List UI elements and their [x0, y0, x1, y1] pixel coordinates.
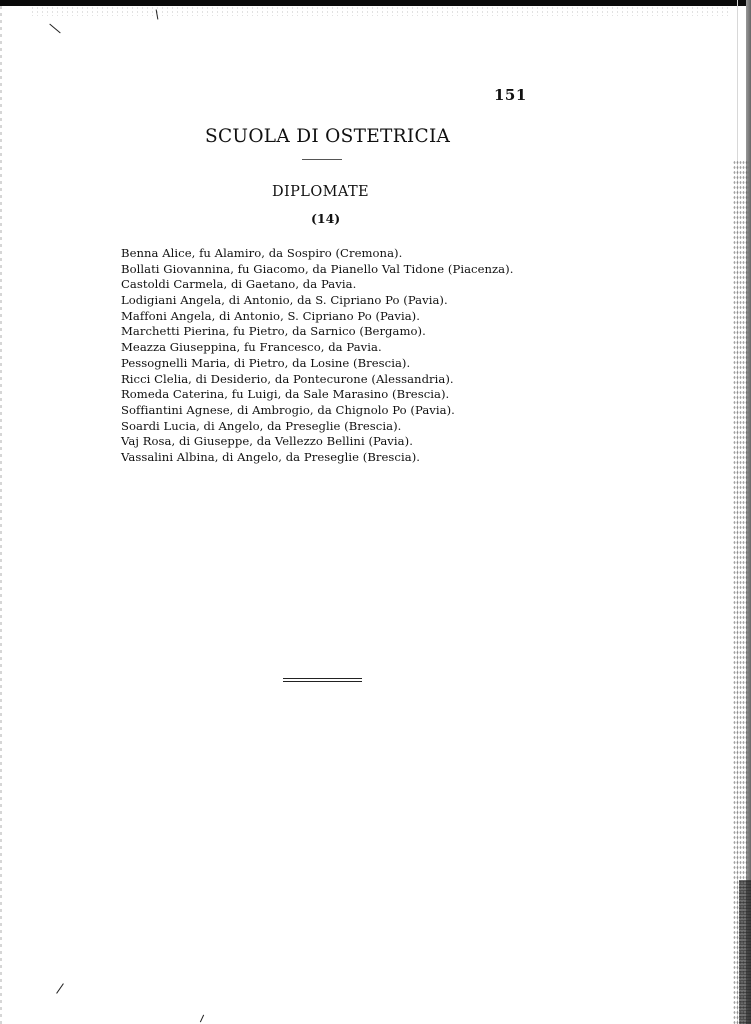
- scan-stray-mark: [56, 983, 64, 993]
- list-item: Romeda Caterina, fu Luigi, da Sale Maras…: [121, 387, 513, 403]
- page-number: 151: [494, 86, 527, 104]
- list-item: Vaj Rosa, di Giuseppe, da Vellezzo Belli…: [121, 434, 513, 450]
- list-item: Lodigiani Angela, di Antonio, da S. Cipr…: [121, 293, 513, 309]
- list-item: Meazza Giuseppina, fu Francesco, da Pavi…: [121, 340, 513, 356]
- scan-noise-top: [30, 6, 730, 16]
- page-title: SCUOLA DI OSTETRICIA: [205, 126, 450, 147]
- section-heading: DIPLOMATE: [272, 184, 369, 200]
- graduate-count: (14): [311, 211, 340, 226]
- scan-stray-mark: [200, 1015, 204, 1023]
- list-item: Soffiantini Agnese, di Ambrogio, da Chig…: [121, 403, 513, 419]
- list-item: Ricci Clelia, di Desiderio, da Pontecuro…: [121, 372, 513, 388]
- title-divider: [302, 159, 342, 160]
- list-item: Marchetti Pierina, fu Pietro, da Sarnico…: [121, 324, 513, 340]
- scan-stray-mark: [49, 24, 60, 34]
- list-item: Benna Alice, fu Alamiro, da Sospiro (Cre…: [121, 246, 513, 262]
- list-item: Soardi Lucia, di Angelo, da Preseglie (B…: [121, 419, 513, 435]
- scan-noise-right-bottom: [739, 880, 751, 1024]
- list-item: Castoldi Carmela, di Gaetano, da Pavia.: [121, 277, 513, 293]
- list-item: Pessognelli Maria, di Pietro, da Losine …: [121, 356, 513, 372]
- graduate-list: Benna Alice, fu Alamiro, da Sospiro (Cre…: [121, 246, 513, 466]
- list-item: Bollati Giovannina, fu Giacomo, da Piane…: [121, 262, 513, 278]
- list-item: Vassalini Albina, di Angelo, da Presegli…: [121, 450, 513, 466]
- end-of-section-rule: [283, 678, 362, 684]
- list-item: Maffoni Angela, di Antonio, S. Cipriano …: [121, 309, 513, 325]
- scan-left-edge: [0, 6, 2, 1024]
